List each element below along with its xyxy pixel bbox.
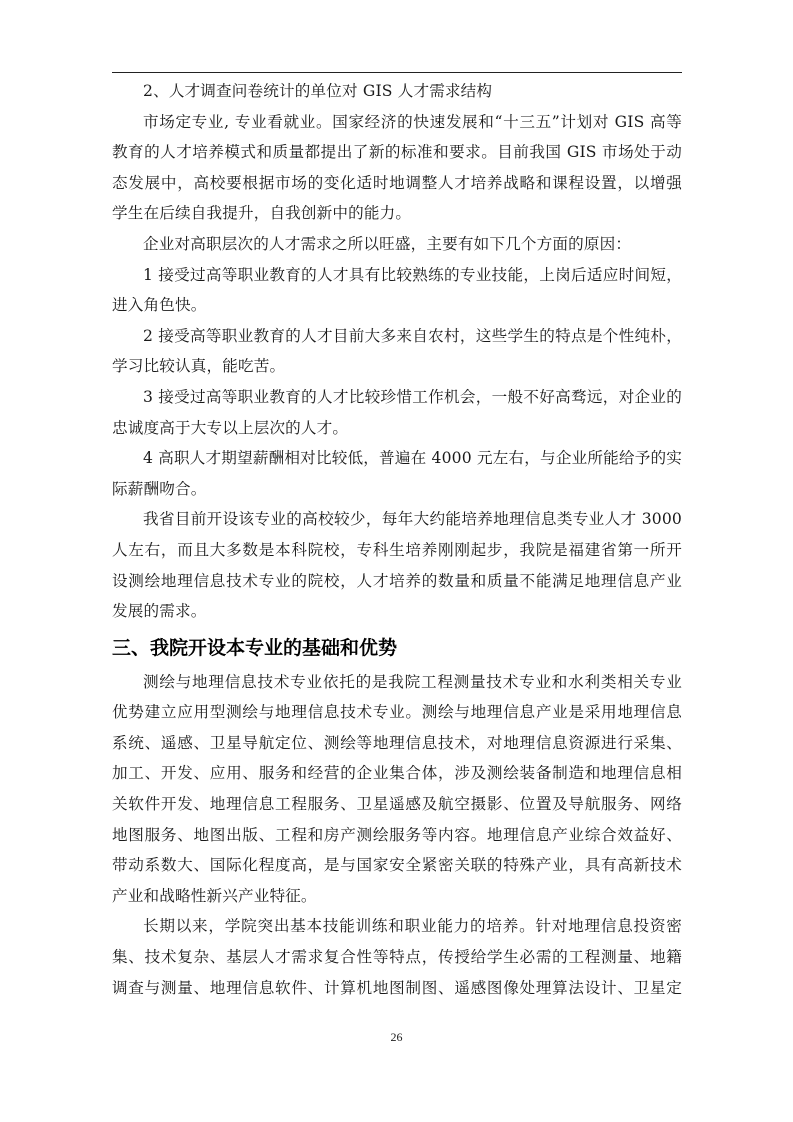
list-item-line: 忠诚度高于大专以上层次的人才。 bbox=[112, 413, 682, 444]
list-item-line: 际薪酬吻合。 bbox=[112, 474, 682, 505]
paragraph-line: 调查与测量、地理信息软件、计算机地图制图、遥感图像处理算法设计、卫星定 bbox=[112, 973, 682, 1004]
paragraph-line: 设测绘地理信息技术专业的院校，人才培养的数量和质量不能满足地理信息产业 bbox=[112, 566, 682, 597]
paragraph-line: 人左右，而且大多数是本科院校，专科生培养刚刚起步，我院是福建省第一所开 bbox=[112, 535, 682, 566]
paragraph-line: 带动系数大、国际化程度高，是与国家安全紧密关联的特殊产业，具有高新技术 bbox=[112, 850, 682, 881]
list-item-line: 2 接受高等职业教育的人才目前大多来自农村，这些学生的特点是个性纯朴， bbox=[112, 321, 682, 352]
paragraph-line: 地图服务、地图出版、工程和房产测绘服务等内容。地理信息产业综合效益好、 bbox=[112, 820, 682, 851]
page-number: 26 bbox=[0, 1030, 793, 1045]
paragraph-line: 系统、遥感、卫星导航定位、测绘等地理信息技术，对地理信息资源进行采集、 bbox=[112, 728, 682, 759]
subheading-line: 2、人才调查问卷统计的单位对 GIS 人才需求结构 bbox=[112, 76, 682, 107]
paragraph-line: 产业和战略性新兴产业特征。 bbox=[112, 881, 682, 912]
paragraph-line: 我省目前开设该专业的高校较少，每年大约能培养地理信息类专业人才 3000 bbox=[112, 504, 682, 535]
paragraph-line: 集、技术复杂、基层人才需求复合性等特点，传授给学生必需的工程测量、地籍 bbox=[112, 942, 682, 973]
paragraph-line: 发展的需求。 bbox=[112, 596, 682, 627]
header-rule bbox=[112, 72, 682, 73]
paragraph-line: 学生在后续自我提升，自我创新中的能力。 bbox=[112, 198, 682, 229]
section-heading: 三、我院开设本专业的基础和优势 bbox=[112, 629, 682, 667]
paragraph-line: 态发展中，高校要根据市场的变化适时地调整人才培养战略和课程设置，以增强 bbox=[112, 168, 682, 199]
paragraph-line: 加工、开发、应用、服务和经营的企业集合体，涉及测绘装备制造和地理信息相 bbox=[112, 758, 682, 789]
list-item-line: 进入角色快。 bbox=[112, 290, 682, 321]
document-body: 2、人才调查问卷统计的单位对 GIS 人才需求结构 市场定专业, 专业看就业。国… bbox=[112, 76, 682, 1003]
paragraph-line: 关软件开发、地理信息工程服务、卫星遥感及航空摄影、位置及导航服务、网络 bbox=[112, 789, 682, 820]
list-item-line: 3 接受过高等职业教育的人才比较珍惜工作机会，一般不好高骛远，对企业的 bbox=[112, 382, 682, 413]
paragraph-line: 教育的人才培养模式和质量都提出了新的标准和要求。目前我国 GIS 市场处于动 bbox=[112, 137, 682, 168]
list-item-line: 1 接受过高等职业教育的人才具有比较熟练的专业技能，上岗后适应时间短， bbox=[112, 260, 682, 291]
document-page: 2、人才调查问卷统计的单位对 GIS 人才需求结构 市场定专业, 专业看就业。国… bbox=[0, 0, 793, 1122]
paragraph-line: 长期以来，学院突出基本技能训练和职业能力的培养。针对地理信息投资密 bbox=[112, 911, 682, 942]
paragraph-line: 优势建立应用型测绘与地理信息技术专业。测绘与地理信息产业是采用地理信息 bbox=[112, 697, 682, 728]
paragraph-line: 企业对高职层次的人才需求之所以旺盛，主要有如下几个方面的原因： bbox=[112, 229, 682, 260]
paragraph-line: 市场定专业, 专业看就业。国家经济的快速发展和“十三五”计划对 GIS 高等 bbox=[112, 107, 682, 138]
list-item-line: 学习比较认真，能吃苦。 bbox=[112, 351, 682, 382]
paragraph-line: 测绘与地理信息技术专业依托的是我院工程测量技术专业和水利类相关专业 bbox=[112, 667, 682, 698]
list-item-line: 4 高职人才期望薪酬相对比较低，普遍在 4000 元左右，与企业所能给予的实 bbox=[112, 443, 682, 474]
